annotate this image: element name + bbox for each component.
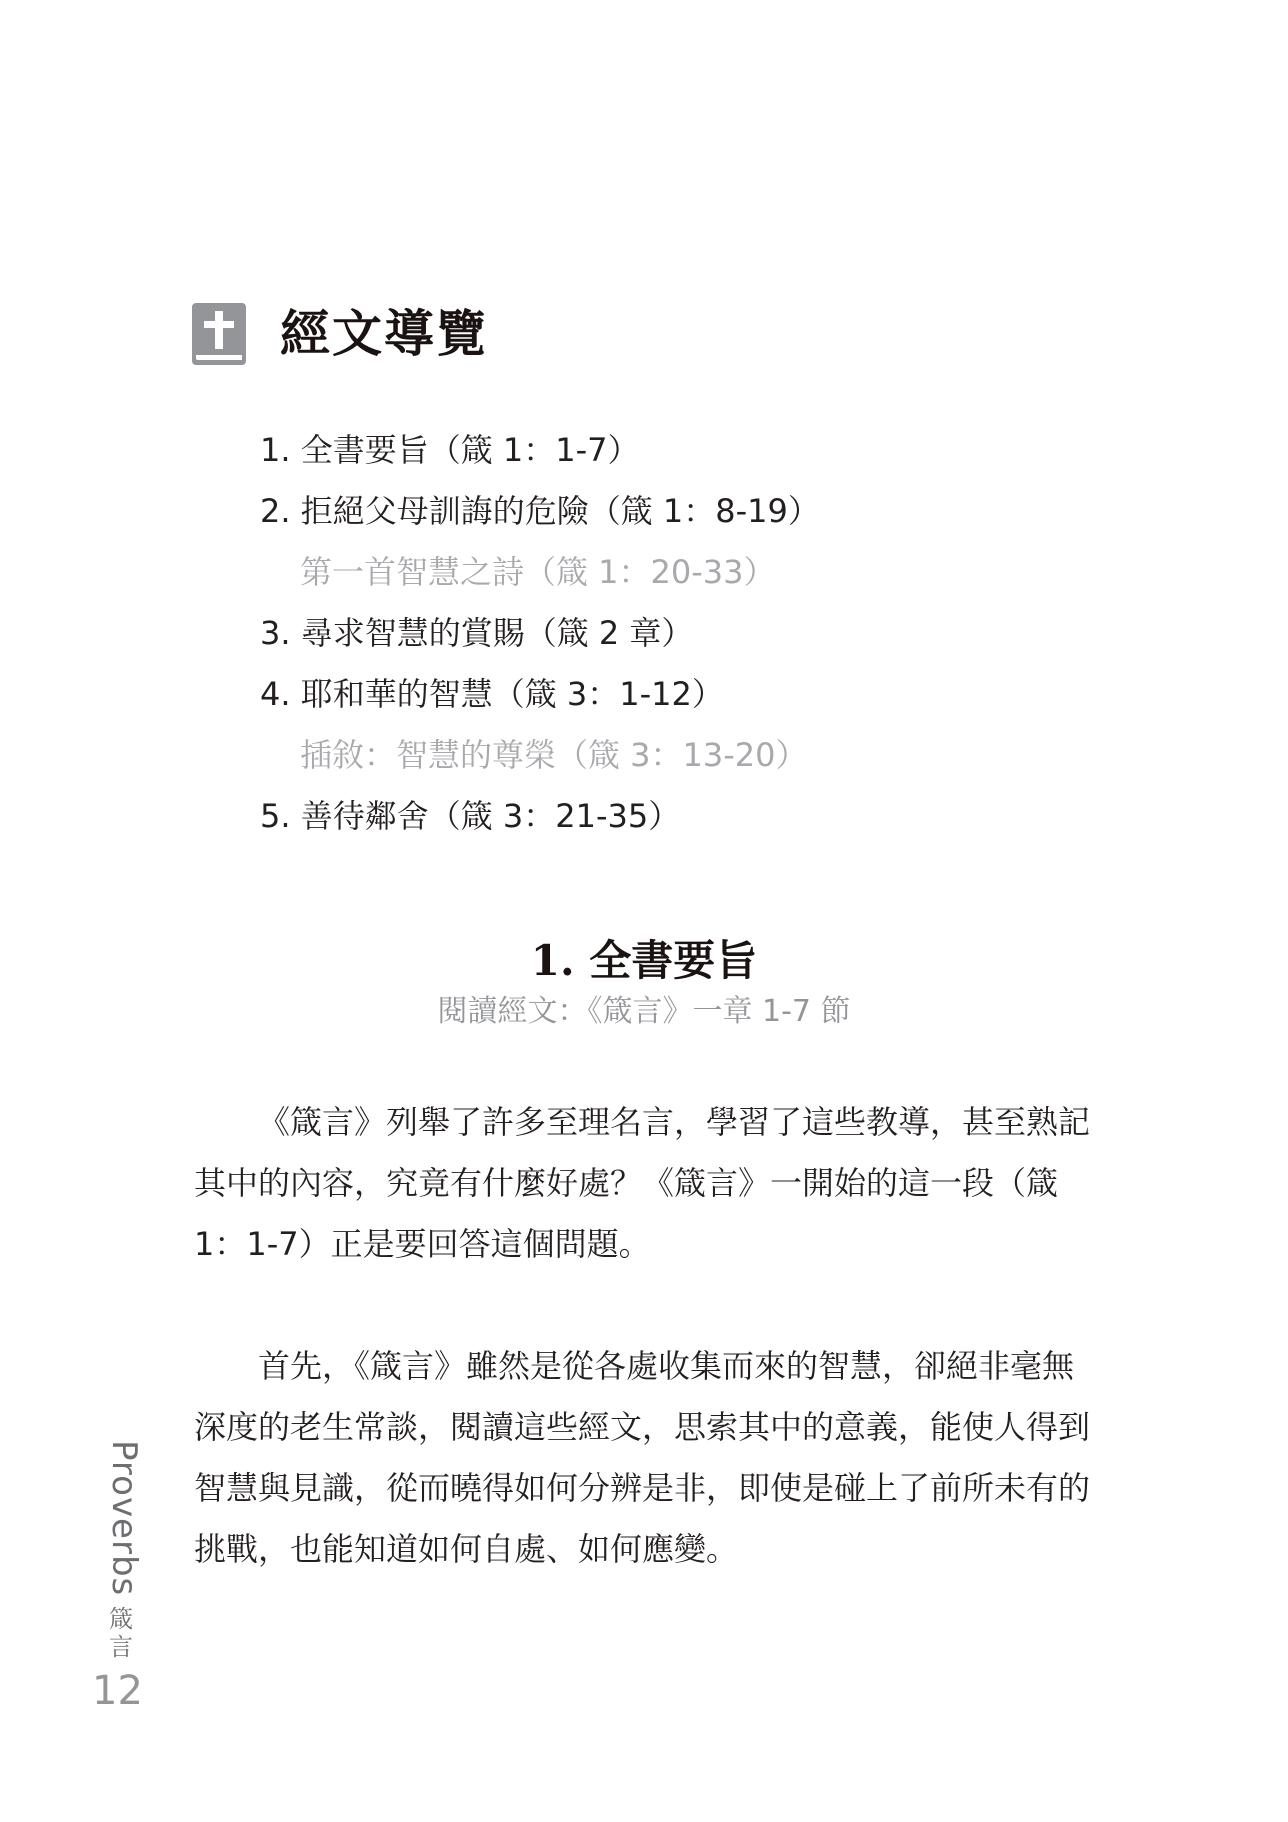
outline-list: 1. 全書要旨（箴 1：1-7） 2. 拒絕父母訓誨的危險（箴 1：8-19） … — [260, 420, 820, 847]
bible-cross-icon — [192, 303, 246, 365]
page-number: 12 — [92, 1668, 143, 1714]
reading-reference: 閱讀經文：《箴言》一章 1-7 節 — [0, 986, 1288, 1030]
body-paragraph: 《箴言》列舉了許多至理名言，學習了這些教導，甚至熟記其中的內容，究竟有什麼好處？… — [194, 1092, 1094, 1275]
outline-item: 3. 尋求智慧的賞賜（箴 2 章） — [260, 603, 820, 664]
running-book-title: Proverbs — [104, 1440, 144, 1596]
outline-subitem: 第一首智慧之詩（箴 1：20-33） — [260, 542, 820, 603]
outline-item: 2. 拒絕父母訓誨的危險（箴 1：8-19） — [260, 481, 820, 542]
section-title: 經文導覽 — [280, 304, 488, 364]
section-header: 經文導覽 — [192, 304, 488, 364]
chapter-title: 1. 全書要旨 — [0, 928, 1288, 988]
outline-item: 1. 全書要旨（箴 1：1-7） — [260, 420, 820, 481]
outline-subitem: 插敘：智慧的尊榮（箴 3：13-20） — [260, 725, 820, 786]
outline-item: 4. 耶和華的智慧（箴 3：1-12） — [260, 664, 820, 725]
running-book-title-cn: 箴言 — [108, 1605, 134, 1661]
outline-item: 5. 善待鄰舍（箴 3：21-35） — [260, 786, 820, 847]
body-paragraph: 首先，《箴言》雖然是從各處收集而來的智慧，卻絕非毫無深度的老生常談，閱讀這些經文… — [194, 1336, 1094, 1580]
